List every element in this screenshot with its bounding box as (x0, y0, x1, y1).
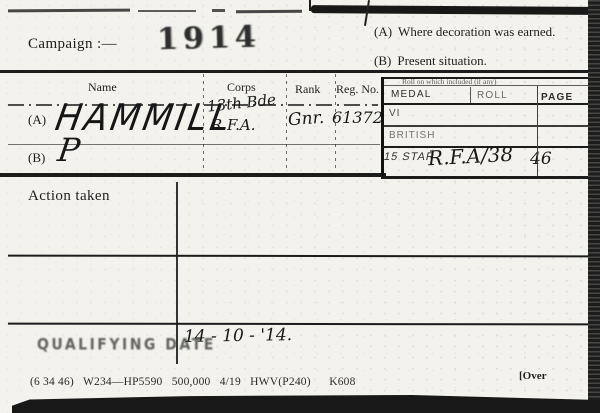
note-a: (A)Where decoration was earned. (374, 24, 555, 40)
action-rule-1 (8, 255, 592, 258)
rule-under-campaign (0, 70, 592, 73)
medal-row-british: BRITISH (389, 130, 435, 141)
col-header-rank: Rank (295, 82, 320, 97)
medal-table-rule (383, 103, 591, 105)
qualifying-date-handwritten: 14 - 10 - '14. (184, 325, 292, 347)
action-taken-label: Action taken (28, 188, 110, 205)
medal-col-header: MEDAL (391, 89, 431, 100)
scan-top-line-segment (212, 9, 225, 12)
medal-row-victory: VI (389, 108, 400, 119)
note-b: (B)Present situation. (374, 53, 487, 69)
row-b-name-handwritten: P (55, 131, 82, 169)
note-a-key: (A) (374, 24, 392, 39)
row-a-reg-no-handwritten: 61372 (332, 108, 383, 127)
row-a-corps-line2-handwritten: R.F.A. (211, 116, 256, 134)
roll-column-divider (470, 87, 471, 103)
row-a-rank-handwritten: Gnr. (287, 108, 325, 130)
col-header-name: Name (88, 80, 117, 95)
page-column-divider (537, 86, 538, 176)
scan-top-line-segment (138, 10, 196, 12)
note-a-text: Where decoration was earned. (398, 24, 555, 39)
note-b-key: (B) (374, 53, 391, 68)
scan-right-edge (588, 0, 600, 400)
roll-col-header: ROLL (477, 90, 508, 101)
row-a-corps-line1-handwritten: 13th Bde (206, 90, 277, 115)
medal-index-card: Campaign :— 1914 (A)Where decoration was… (0, 0, 600, 413)
row-a-label: (A) (28, 112, 46, 128)
medal-table-caption-rule (383, 85, 590, 86)
col-header-reg-no: Reg. No. (336, 82, 379, 97)
column-divider (286, 74, 287, 172)
medal-table-rule (383, 125, 591, 127)
scan-top-line-segment (8, 9, 130, 13)
note-b-text: Present situation. (397, 53, 487, 68)
campaign-stamp-1914: 1914 (157, 20, 261, 58)
star-page-handwritten: 46 (530, 149, 552, 169)
scan-dark-band (311, 5, 592, 15)
scan-band-tick (309, 0, 311, 11)
over-note: [Over (519, 370, 546, 382)
action-rule-2 (8, 323, 592, 326)
scan-top-line-segment (236, 10, 302, 13)
medal-table-bottom-border (381, 176, 592, 179)
row-b-label: (B) (28, 150, 45, 166)
page-col-header: PAGE (541, 92, 573, 103)
scan-bottom-edge (12, 395, 600, 413)
name-table-bottom-rule (0, 173, 386, 177)
star-roll-handwritten: R.F.A/38 (427, 142, 513, 170)
campaign-label: Campaign :— (28, 36, 117, 53)
printer-code: (6 34 46) W234—HP5590 500,000 4/19 HWV(P… (30, 376, 356, 388)
